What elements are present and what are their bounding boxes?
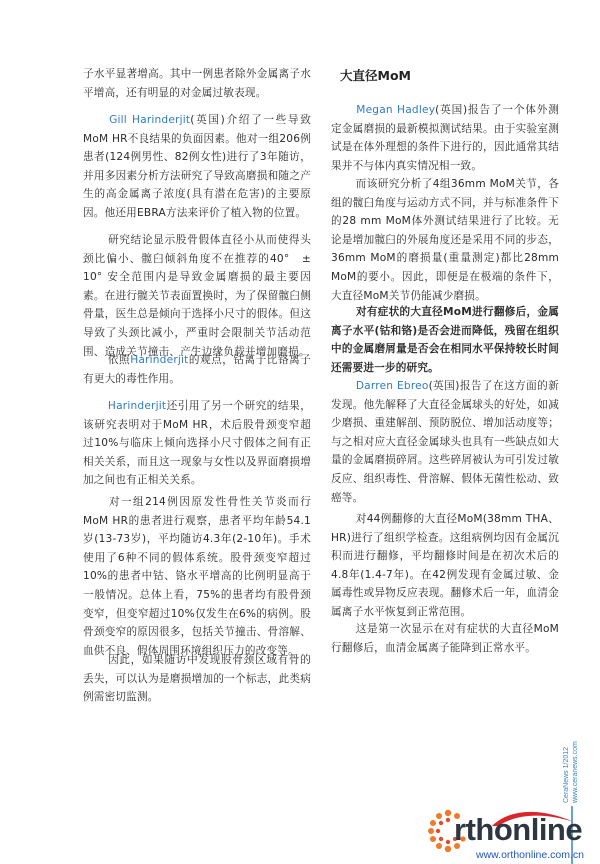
orthonline-watermark: rthonline www.orthonline.com.cn [428,808,598,864]
paragraph-text: 因此，如果随访中发现股骨颈区域有骨的丢失，可以认为是磨损增加的一个标志，此类病例… [83,654,311,703]
paragraph-conclusion-monitoring: 因此，如果随访中发现股骨颈区域有骨的丢失，可以认为是磨损增加的一个标志，此类病例… [83,651,311,707]
paragraph-44-revisions: 对44例翻修的大直径MoM(38mm THA、HR)进行了组织学检查。这组病例均… [331,510,559,622]
paragraph-text: (英国)报告了在这方面的新发现。他先解释了大直径金属球头的好处，如减少磨损、重建… [331,380,559,504]
author-name: Megan Hadley [356,104,435,116]
paragraph-gill-harinderjit: Gill Harinderjit(英国)介绍了一些导致MoM HR不良结果的负面… [83,111,311,223]
journal-url: www.ceranews.com [571,735,580,803]
paragraph-continuation: 子水平显著增高。其中一例患者除外金属离子水平增高，还有明显的对金属过敏表现。 [83,65,311,102]
author-name: Harinderjit [130,354,188,366]
paragraph-revision-question: 对有症状的大直径MoM进行翻修后，金属离子水平(钴和铬)是否会进而降低，残留在组… [331,303,559,377]
paragraph-text: 对一组214例因原发性骨性关节炎而行MoM HR的患者进行观察，患者平均年龄54… [83,496,311,657]
journal-issue: CeraNews 1/2012 [562,735,571,803]
journal-sidebar-text: CeraNews 1/2012 www.ceranews.com [562,735,580,803]
author-name: Harinderjit [108,400,166,412]
paragraph-cobalt-toxicity: 依照Harinderjit的观点，钴离子比铬离子有更大的毒性作用。 [83,351,311,388]
paragraph-text: 对有症状的大直径MoM进行翻修后，金属离子水平(钴和铬)是否会进而降低，残留在组… [331,306,559,374]
author-name: Darren Ebreo [356,380,429,392]
brand-o: o [494,812,512,847]
paragraph-darren-ebreo: Darren Ebreo(英国)报告了在这方面的新发现。他先解释了大直径金属球头… [331,377,559,507]
section-heading: 大直径MoM [340,66,411,84]
brand-prefix: rth [454,812,494,847]
paragraph-first-evidence: 这是第一次显示在对有症状的大直径MoM行翻修后，血清金属离子能降到正常水平。 [331,620,559,657]
paragraph-megan-hadley: Megan Hadley(英国)报告了一个体外测定金属磨损的最新模拟测试结果。由… [331,101,559,175]
watermark-url: www.orthonline.com.cn [476,849,584,861]
brand-wordmark: rthonline [454,812,582,848]
paragraph-text: 这是第一次显示在对有症状的大直径MoM行翻修后，血清金属离子能降到正常水平。 [331,623,559,654]
paragraph-prefix: 依照 [108,354,130,366]
paragraph-text: 对44例翻修的大直径MoM(38mm THA、HR)进行了组织学检查。这组病例均… [331,513,559,618]
paragraph-214-patients: 对一组214例因原发性骨性关节炎而行MoM HR的患者进行观察，患者平均年龄54… [83,493,311,660]
paragraph-text: 研究结论显示股骨假体直径小从而使得头颈比偏小、髋臼倾斜角度不在推荐的40° ± … [83,234,311,358]
paragraph-text: 还引用了另一个研究的结果，该研究表明对于MoM HR，术后股骨颈变窄超过10%与… [83,400,311,486]
paragraph-text: 而该研究分析了4组36mm MoM关节，各组的髋臼角度与运动方式不同，并与标准条… [331,178,559,302]
paragraph-femoral-neck-study: Harinderjit还引用了另一个研究的结果，该研究表明对于MoM HR，术后… [83,397,311,490]
brand-suffix: nline [512,812,582,847]
author-name: Gill Harinderjit [109,114,190,126]
paragraph-study-conclusion: 研究结论显示股骨假体直径小从而使得头颈比偏小、髋臼倾斜角度不在推荐的40° ± … [83,231,311,361]
paragraph-text: 子水平显著增高。其中一例患者除外金属离子水平增高，还有明显的对金属过敏表现。 [83,68,311,99]
journal-sidebar: CeraNews 1/2012 www.ceranews.com [562,735,588,803]
paragraph-36mm-study: 而该研究分析了4组36mm MoM关节，各组的髋臼角度与运动方式不同，并与标准条… [331,175,559,305]
paragraph-text: (英国)介绍了一些导致MoM HR不良结果的负面因素。他对一组206例患者(12… [83,114,311,219]
